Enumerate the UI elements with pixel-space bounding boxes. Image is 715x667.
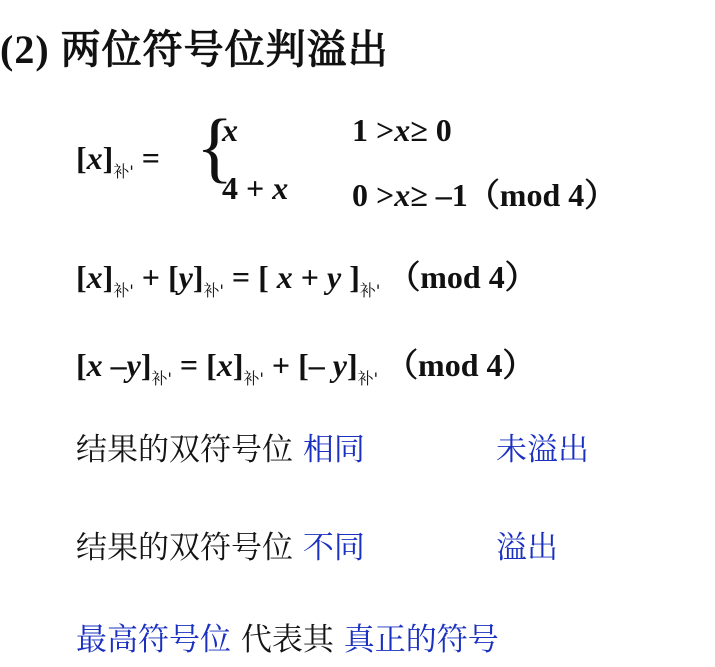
rule-diff-sign: 结果的双符号位 不同 (76, 522, 365, 567)
case2-expr: 4 + x (222, 170, 288, 207)
var-x: x (87, 140, 103, 176)
definition-lhs: [x]补' = (76, 140, 160, 177)
plus-sign: + (134, 259, 168, 295)
case1-condition: 1 >x≥ 0 (352, 112, 452, 149)
title-number: (2) (0, 27, 50, 72)
case1-expr: x (222, 112, 238, 149)
equals-sign: = [ (172, 347, 217, 383)
var-y: y (127, 347, 141, 383)
var-x: x (277, 259, 293, 295)
cond-part: 1 > (352, 112, 394, 148)
mod-label: （mod 4） (468, 177, 616, 213)
var-x: x (87, 347, 103, 383)
plus-sign: + [– (264, 347, 333, 383)
bracket: [ (76, 140, 87, 176)
var-y: y (333, 347, 347, 383)
subscript-complement: 补' (113, 162, 133, 181)
cond-part: 0 > (352, 177, 394, 213)
var-x: x (394, 177, 410, 213)
var-y: y (327, 259, 341, 295)
subscript-complement: 补' (152, 369, 172, 388)
rule-prefix: 结果的双符号位 (76, 432, 303, 468)
var-x: x (217, 347, 233, 383)
var-x: x (394, 112, 410, 148)
subtraction-rule: [x –y]补' = [x]补' + [– y]补' （mod 4） (76, 340, 535, 386)
subscript-complement: 补' (113, 281, 133, 300)
bracket: ] (103, 140, 114, 176)
bracket: ] (103, 259, 114, 295)
bracket: [ (76, 259, 87, 295)
mod-label: （mod 4） (386, 347, 534, 383)
rule-same-sign: 结果的双符号位 相同 (76, 424, 365, 469)
bracket: ] (193, 259, 204, 295)
rule-diff-result: 溢出 (496, 522, 558, 567)
var-y: y (179, 259, 193, 295)
equals-sign: = (142, 140, 160, 176)
plus-sign: + (293, 259, 327, 295)
var-x: x (272, 170, 288, 206)
equals-sign: = [ (224, 259, 277, 295)
bracket: [ (168, 259, 179, 295)
subscript-complement: 补' (243, 369, 263, 388)
bracket: ] (347, 347, 358, 383)
subscript-complement: 补' (358, 369, 378, 388)
subscript-complement: 补' (360, 281, 380, 300)
rule-condition: 不同 (303, 530, 365, 566)
bracket: ] (341, 259, 360, 295)
addition-rule: [x]补' + [y]补' = [ x + y ]补' （mod 4） (76, 252, 537, 298)
minus-sign: – (103, 347, 127, 383)
page-title: (2) 两位符号位判溢出 (0, 18, 389, 75)
bracket: ] (233, 347, 244, 383)
subscript-complement: 补' (203, 281, 223, 300)
mod-label: （mod 4） (388, 259, 536, 295)
title-text: 两位符号位判溢出 (61, 27, 389, 73)
cond-part: ≥ 0 (410, 112, 452, 148)
var-x: x (87, 259, 103, 295)
conclusion-part1: 最高符号位 (76, 622, 231, 658)
cond-part: ≥ –1 (410, 177, 468, 213)
case2-condition: 0 >x≥ –1（mod 4） (352, 170, 616, 216)
expr-part: 4 + (222, 170, 272, 206)
conclusion: 最高符号位 代表其 真正的符号 (76, 614, 499, 659)
rule-same-result: 未溢出 (496, 424, 589, 469)
bracket: [ (76, 347, 87, 383)
rule-condition: 相同 (303, 432, 365, 468)
conclusion-part3: 真正的符号 (344, 622, 499, 658)
bracket: ] (141, 347, 152, 383)
conclusion-part2: 代表其 (231, 622, 344, 658)
var-x: x (222, 112, 238, 148)
rule-prefix: 结果的双符号位 (76, 530, 303, 566)
